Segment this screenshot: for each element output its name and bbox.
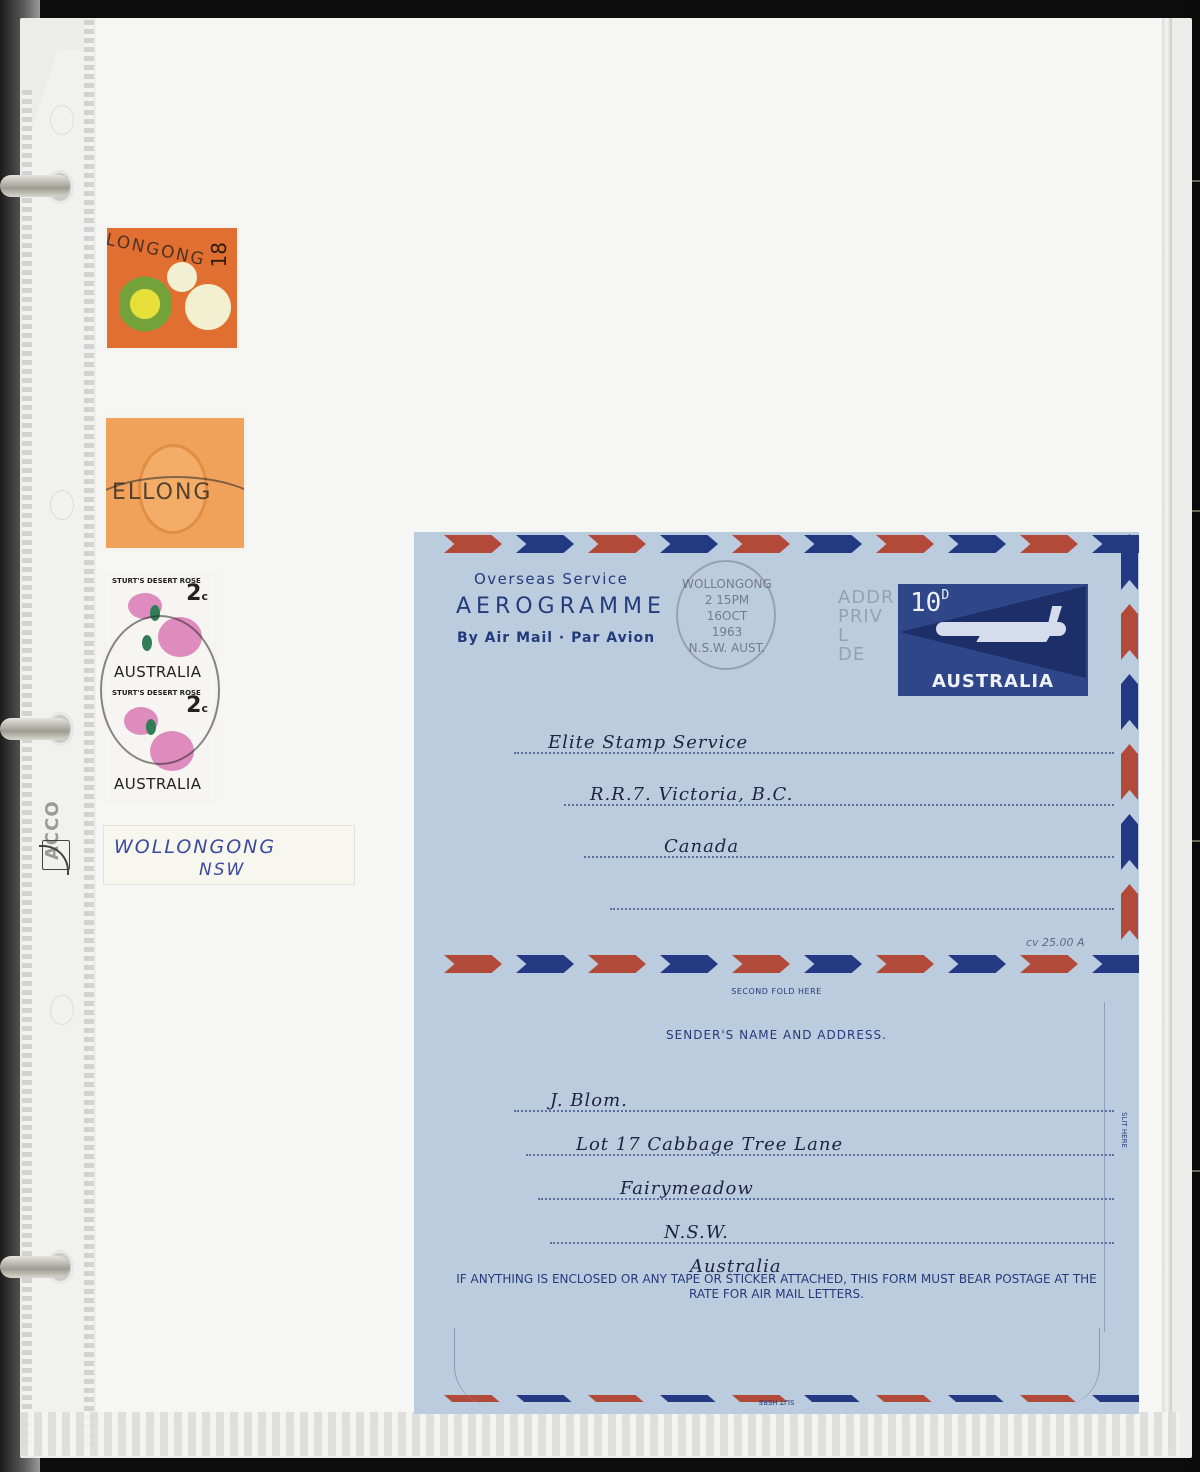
airmail-chevron [660, 955, 718, 973]
slogan-line: DE [838, 645, 895, 664]
postmark-circle [100, 615, 220, 765]
airmail-chevron [444, 955, 502, 973]
value-number: 10 [910, 588, 941, 618]
airmail-chevron [876, 535, 934, 553]
slit-here-side: SLIT HERE [1120, 1112, 1128, 1148]
stamp-country: AUSTRALIA [114, 775, 202, 793]
plant-illustration [119, 262, 171, 332]
slogan-line: ADDR [838, 588, 895, 607]
stamp-sturts-desert-rose-pair: STURT'S DESERT ROSE 2c AUSTRALIA STURT'S… [106, 575, 214, 800]
sender-heading: SENDER'S NAME AND ADDRESS. [414, 1028, 1139, 1042]
denomination-unit: c [201, 590, 208, 603]
denomination-value: 2 [186, 581, 201, 606]
airmail-chevron [1020, 535, 1078, 553]
slogan-cancel: ADDR PRIV L DE [838, 588, 895, 664]
airmail-chevron [732, 955, 790, 973]
recipient-country: Canada [664, 836, 739, 857]
value-unit: D [941, 588, 949, 603]
airmail-chevron [732, 535, 790, 553]
airmail-chevron [1121, 674, 1138, 730]
indicium-country: AUSTRALIA [898, 671, 1088, 692]
airmail-chevron [948, 955, 1006, 973]
postmark: WOLLONGONG 2 15PM 16OCT 1963 N.S.W. AUST… [682, 576, 772, 656]
stamp-denomination: 2c [186, 581, 208, 606]
sender-street: Lot 17 Cabbage Tree Lane [576, 1134, 843, 1155]
airmail-chevron [948, 535, 1006, 553]
sleeve-punch-strip [30, 50, 92, 1450]
binder-ring [0, 718, 70, 740]
postmark-text: ELLONG [112, 480, 212, 505]
postmark-time: 2 15PM [682, 592, 772, 608]
punch-reinforcement [50, 490, 74, 520]
airmail-border-top [414, 532, 1139, 554]
airmail-chevron [1121, 884, 1138, 940]
airmail-chevron [444, 535, 502, 553]
airmail-chevron [1121, 744, 1138, 800]
aerogramme: Overseas Service AEROGRAMME By Air Mail … [414, 532, 1139, 1414]
airmail-border-right [1119, 532, 1139, 952]
handwritten-label: WOLLONGONG NSW [104, 826, 354, 884]
stamp-denomination: 18 [207, 242, 231, 267]
sender-suburb: Fairymeadow [620, 1178, 754, 1199]
punch-reinforcement [50, 105, 74, 135]
airmail-chevron [876, 955, 934, 973]
airmail-chevron [588, 535, 646, 553]
airmail-chevron [660, 535, 718, 553]
airmail-chevron [1121, 604, 1138, 660]
sender-state: N.S.W. [664, 1222, 729, 1243]
binder-ring [0, 175, 70, 197]
catalog-note: cv 25.00 A [1026, 936, 1085, 949]
address-line [610, 908, 1114, 910]
fold-instruction: SECOND FOLD HERE [414, 987, 1139, 996]
slogan-line: L [838, 626, 895, 645]
stamp-kgv-2d: ELLONG [106, 418, 244, 548]
header-service: Overseas Service [474, 570, 628, 588]
airmail-chevron [1092, 955, 1139, 973]
postmark-town: WOLLONGONG [682, 576, 772, 592]
binder-ring [0, 1256, 70, 1278]
airmail-chevron [1020, 955, 1078, 973]
sleeve-bottom-seam [20, 1412, 1180, 1456]
fold-crease [1104, 1002, 1105, 1332]
label-state: NSW [199, 860, 245, 880]
stamp-flower-18c: 18 LONGONG [107, 228, 237, 348]
airmail-chevron [516, 535, 574, 553]
page-stack-edge [1162, 18, 1172, 1448]
header-airmail: By Air Mail · Par Avion [457, 630, 655, 646]
binder-logo-icon [42, 840, 70, 870]
slit-here-bottom: SLIT HERE [414, 1398, 1139, 1406]
slogan-line: PRIV [838, 607, 895, 626]
airplane-icon [936, 622, 1066, 636]
airmail-chevron [588, 955, 646, 973]
sleeve-seam [84, 20, 94, 1450]
postmark-date: 16OCT [682, 608, 772, 624]
header-title: AEROGRAMME [456, 594, 666, 619]
indicium-value: 10D [910, 588, 949, 618]
flower-illustration [185, 284, 231, 330]
postage-notice: IF ANYTHING IS ENCLOSED OR ANY TAPE OR S… [454, 1272, 1099, 1302]
sender-line [550, 1242, 1114, 1244]
postmark-year: 1963 [682, 624, 772, 640]
airmail-chevron [1121, 814, 1138, 870]
airmail-chevron [516, 955, 574, 973]
album-photo: ACCO 18 LONGONG ELLONG STURT'S DESERT RO… [0, 0, 1200, 1472]
printed-stamp-indicium: 10D AUSTRALIA [898, 584, 1088, 696]
recipient-street: R.R.7. Victoria, B.C. [590, 784, 793, 805]
postmark-state: N.S.W. AUST. [682, 640, 772, 656]
airplane-wing [976, 636, 1049, 642]
airmail-chevron [804, 955, 862, 973]
label-town: WOLLONGONG [114, 836, 276, 858]
sender-name: J. Blom. [550, 1090, 628, 1111]
airmail-chevron [804, 535, 862, 553]
airmail-border-fold [414, 952, 1139, 974]
airmail-chevron [1121, 534, 1138, 590]
recipient-name: Elite Stamp Service [548, 732, 748, 753]
punch-reinforcement [50, 995, 74, 1025]
sleeve-seam-left [22, 90, 32, 1450]
